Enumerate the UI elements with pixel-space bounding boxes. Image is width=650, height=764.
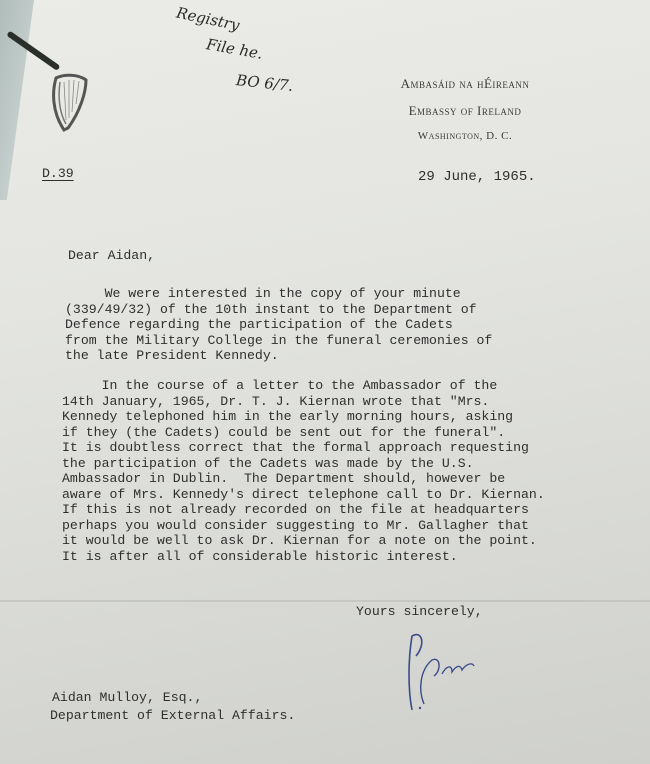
letterhead-irish: Ambasáid na hÉireann — [340, 76, 590, 92]
addressee-name: Aidan Mulloy, Esq., — [52, 690, 202, 706]
paragraph-line: if they (the Cadets) could be sent out f… — [62, 425, 545, 441]
paragraph-line: from the Military College in the funeral… — [65, 333, 492, 349]
paragraph-line: If this is not already recorded on the f… — [62, 502, 545, 518]
closing: Yours sincerely, — [356, 604, 483, 620]
letter-date: 29 June, 1965. — [418, 170, 536, 186]
paragraph-line: the participation of the Cadets was made… — [62, 456, 545, 472]
paragraph-line: Ambassador in Dublin. The Department sho… — [62, 471, 545, 487]
paragraph-line: In the course of a letter to the Ambassa… — [62, 378, 545, 394]
paragraph-line: perhaps you would consider suggesting to… — [62, 518, 545, 534]
paragraph-line: It is doubtless correct that the formal … — [62, 440, 545, 456]
paragraph-line: We were interested in the copy of your m… — [65, 286, 492, 302]
paragraph-1: We were interested in the copy of your m… — [65, 286, 492, 364]
paragraph-line: Defence regarding the participation of t… — [65, 317, 492, 333]
paragraph-line: It is after all of considerable historic… — [62, 549, 545, 565]
salutation: Dear Aidan, — [68, 248, 155, 264]
paragraph-line: the late President Kennedy. — [65, 348, 492, 364]
paragraph-line: Kennedy telephoned him in the early morn… — [62, 409, 545, 425]
addressee-department: Department of External Affairs. — [50, 708, 295, 724]
harp-emblem-icon — [50, 72, 90, 134]
paragraph-2: In the course of a letter to the Ambassa… — [62, 378, 545, 564]
paragraph-line: 14th January, 1965, Dr. T. J. Kiernan wr… — [62, 394, 545, 410]
letterhead-english: Embassy of Ireland — [340, 103, 590, 119]
paragraph-line: it would be well to ask Dr. Kiernan for … — [62, 533, 545, 549]
reference-number: D.39 — [42, 166, 74, 182]
letterhead-location: Washington, D. C. — [340, 130, 590, 142]
paragraph-line: (339/49/32) of the 10th instant to the D… — [65, 302, 492, 318]
signature-icon — [402, 630, 492, 720]
paper-fold-crease — [0, 600, 650, 602]
paragraph-line: aware of Mrs. Kennedy's direct telephone… — [62, 487, 545, 503]
